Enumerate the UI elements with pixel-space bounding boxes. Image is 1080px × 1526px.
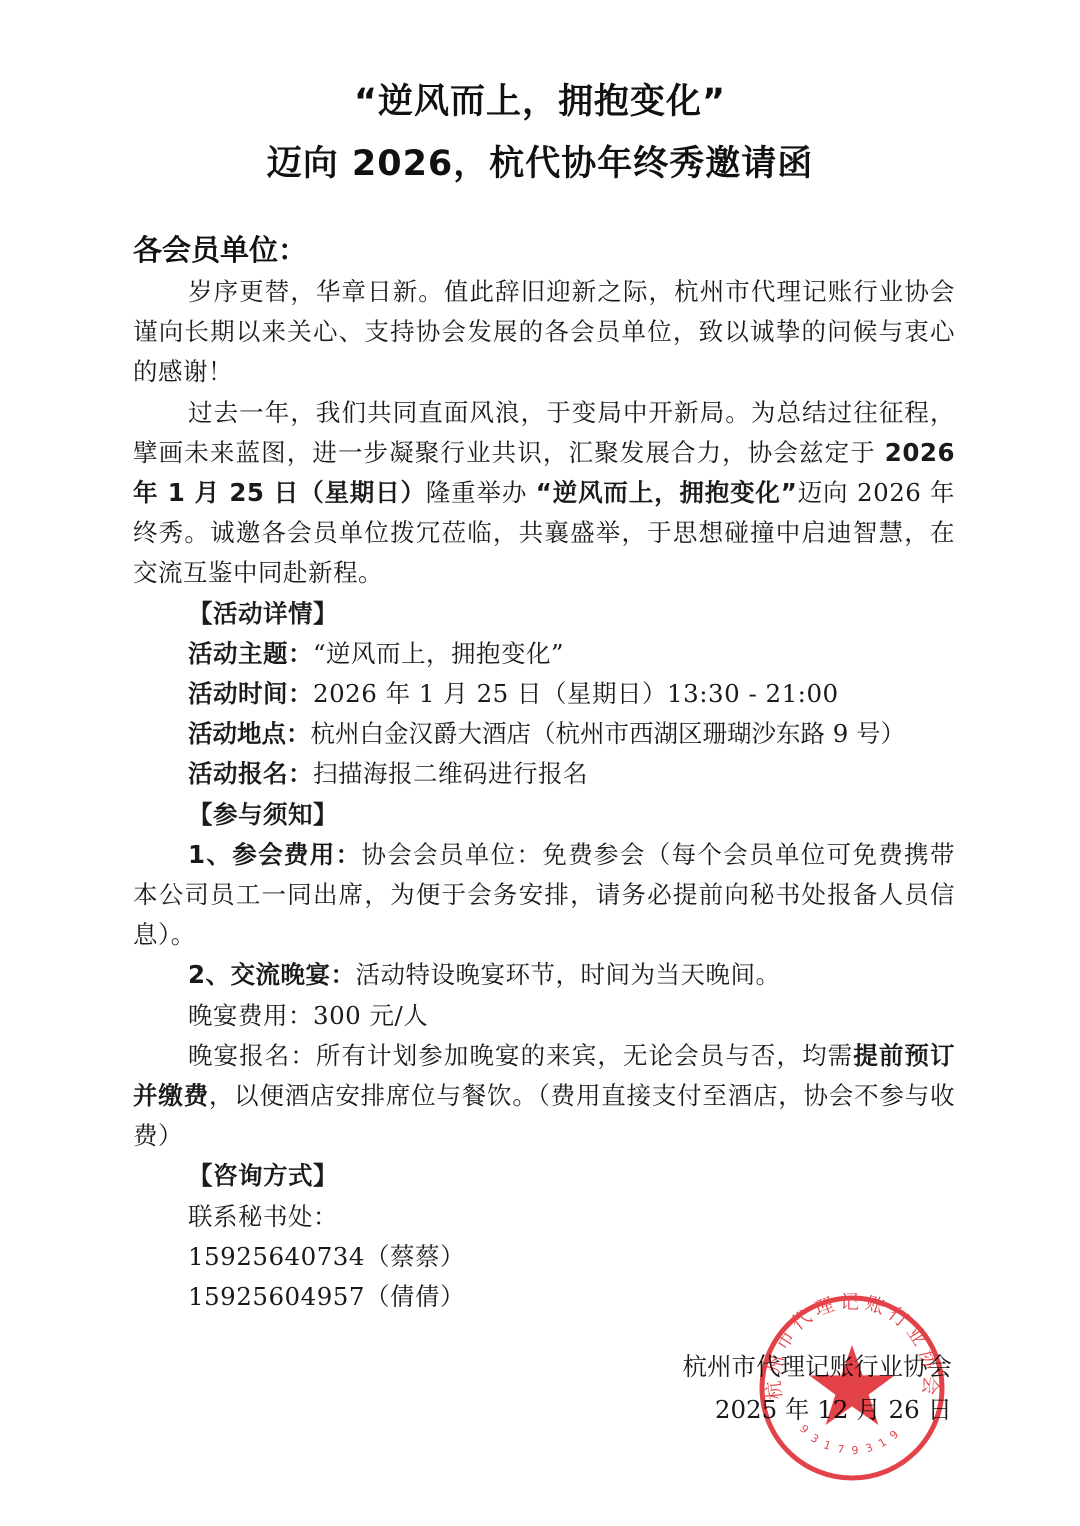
svg-text:93179319: 93179319 bbox=[797, 1422, 907, 1457]
detail-time: 活动时间：2026 年 1 月 25 日（星期日）13:30 - 21:00 bbox=[133, 674, 955, 714]
detail-theme-value: “逆风而上，拥抱变化” bbox=[313, 639, 564, 668]
detail-signup: 活动报名：扫描海报二维码进行报名 bbox=[133, 754, 955, 794]
paragraph-greeting: 岁序更替，华章日新。值此辞旧迎新之际，杭州市代理记账行业协会谨向长期以来关心、支… bbox=[133, 272, 955, 393]
detail-signup-label: 活动报名： bbox=[188, 759, 313, 788]
notice-fee: 1、参会费用：协会会员单位：免费参会（每个会员单位可免费携带本公司员工一同出席，… bbox=[133, 835, 955, 956]
notice-dinner-label: 2、交流晚宴： bbox=[188, 960, 356, 989]
title-line-1: “逆风而上，拥抱变化” bbox=[0, 74, 1080, 124]
notice-dinner-text: 活动特设晚宴环节，时间为当天晚间。 bbox=[356, 960, 781, 989]
announcement-theme: “逆风而上，拥抱变化” bbox=[536, 478, 798, 507]
detail-time-label: 活动时间： bbox=[188, 679, 313, 708]
contact-label: 联系秘书处： bbox=[133, 1197, 955, 1237]
title-line-2: 迈向 2026，杭代协年终秀邀请函 bbox=[0, 136, 1080, 186]
details-heading: 【活动详情】 bbox=[133, 594, 955, 634]
dinner-signup: 晚宴报名：所有计划参加晚宴的来宾，无论会员与否，均需提前预订并缴费，以便酒店安排… bbox=[133, 1036, 955, 1157]
salutation: 各会员单位： bbox=[133, 228, 307, 269]
dinner-signup-text-1: 晚宴报名：所有计划参加晚宴的来宾，无论会员与否，均需 bbox=[188, 1041, 853, 1070]
paragraph-announcement: 过去一年，我们共同直面风浪，于变局中开新局。为总结过往征程，擘画未来蓝图，进一步… bbox=[133, 393, 955, 594]
star-icon bbox=[809, 1345, 895, 1425]
announcement-text-1: 过去一年，我们共同直面风浪，于变局中开新局。为总结过往征程，擘画未来蓝图，进一步… bbox=[133, 398, 955, 467]
detail-time-value: 2026 年 1 月 25 日（星期日）13:30 - 21:00 bbox=[313, 679, 839, 708]
dinner-fee: 晚宴费用：300 元/人 bbox=[133, 996, 955, 1036]
notice-dinner: 2、交流晚宴：活动特设晚宴环节，时间为当天晚间。 bbox=[133, 955, 955, 995]
official-seal-icon: 杭州市代理记账行业协会 93179319 bbox=[757, 1293, 947, 1483]
detail-theme: 活动主题：“逆风而上，拥抱变化” bbox=[133, 634, 955, 674]
detail-location-label: 活动地点： bbox=[188, 719, 311, 748]
contact-phone-1: 15925640734（蔡蔡） bbox=[133, 1237, 955, 1277]
detail-location: 活动地点：杭州白金汉爵大酒店（杭州市西湖区珊瑚沙东路 9 号） bbox=[133, 714, 955, 754]
notice-heading: 【参与须知】 bbox=[133, 795, 955, 835]
seal-code-digits: 93179319 bbox=[797, 1422, 907, 1457]
letter-body: 岁序更替，华章日新。值此辞旧迎新之际，杭州市代理记账行业协会谨向长期以来关心、支… bbox=[133, 272, 955, 1317]
detail-theme-label: 活动主题： bbox=[188, 639, 313, 668]
detail-location-value: 杭州白金汉爵大酒店（杭州市西湖区珊瑚沙东路 9 号） bbox=[311, 719, 906, 748]
announcement-text-2: 隆重举办 bbox=[426, 478, 536, 507]
dinner-signup-text-2: ，以便酒店安排席位与餐饮。（费用直接支付至酒店，协会不参与收费） bbox=[133, 1081, 955, 1150]
detail-signup-value: 扫描海报二维码进行报名 bbox=[313, 759, 588, 788]
contact-heading: 【咨询方式】 bbox=[133, 1156, 955, 1196]
notice-fee-label: 1、参会费用： bbox=[188, 840, 361, 869]
